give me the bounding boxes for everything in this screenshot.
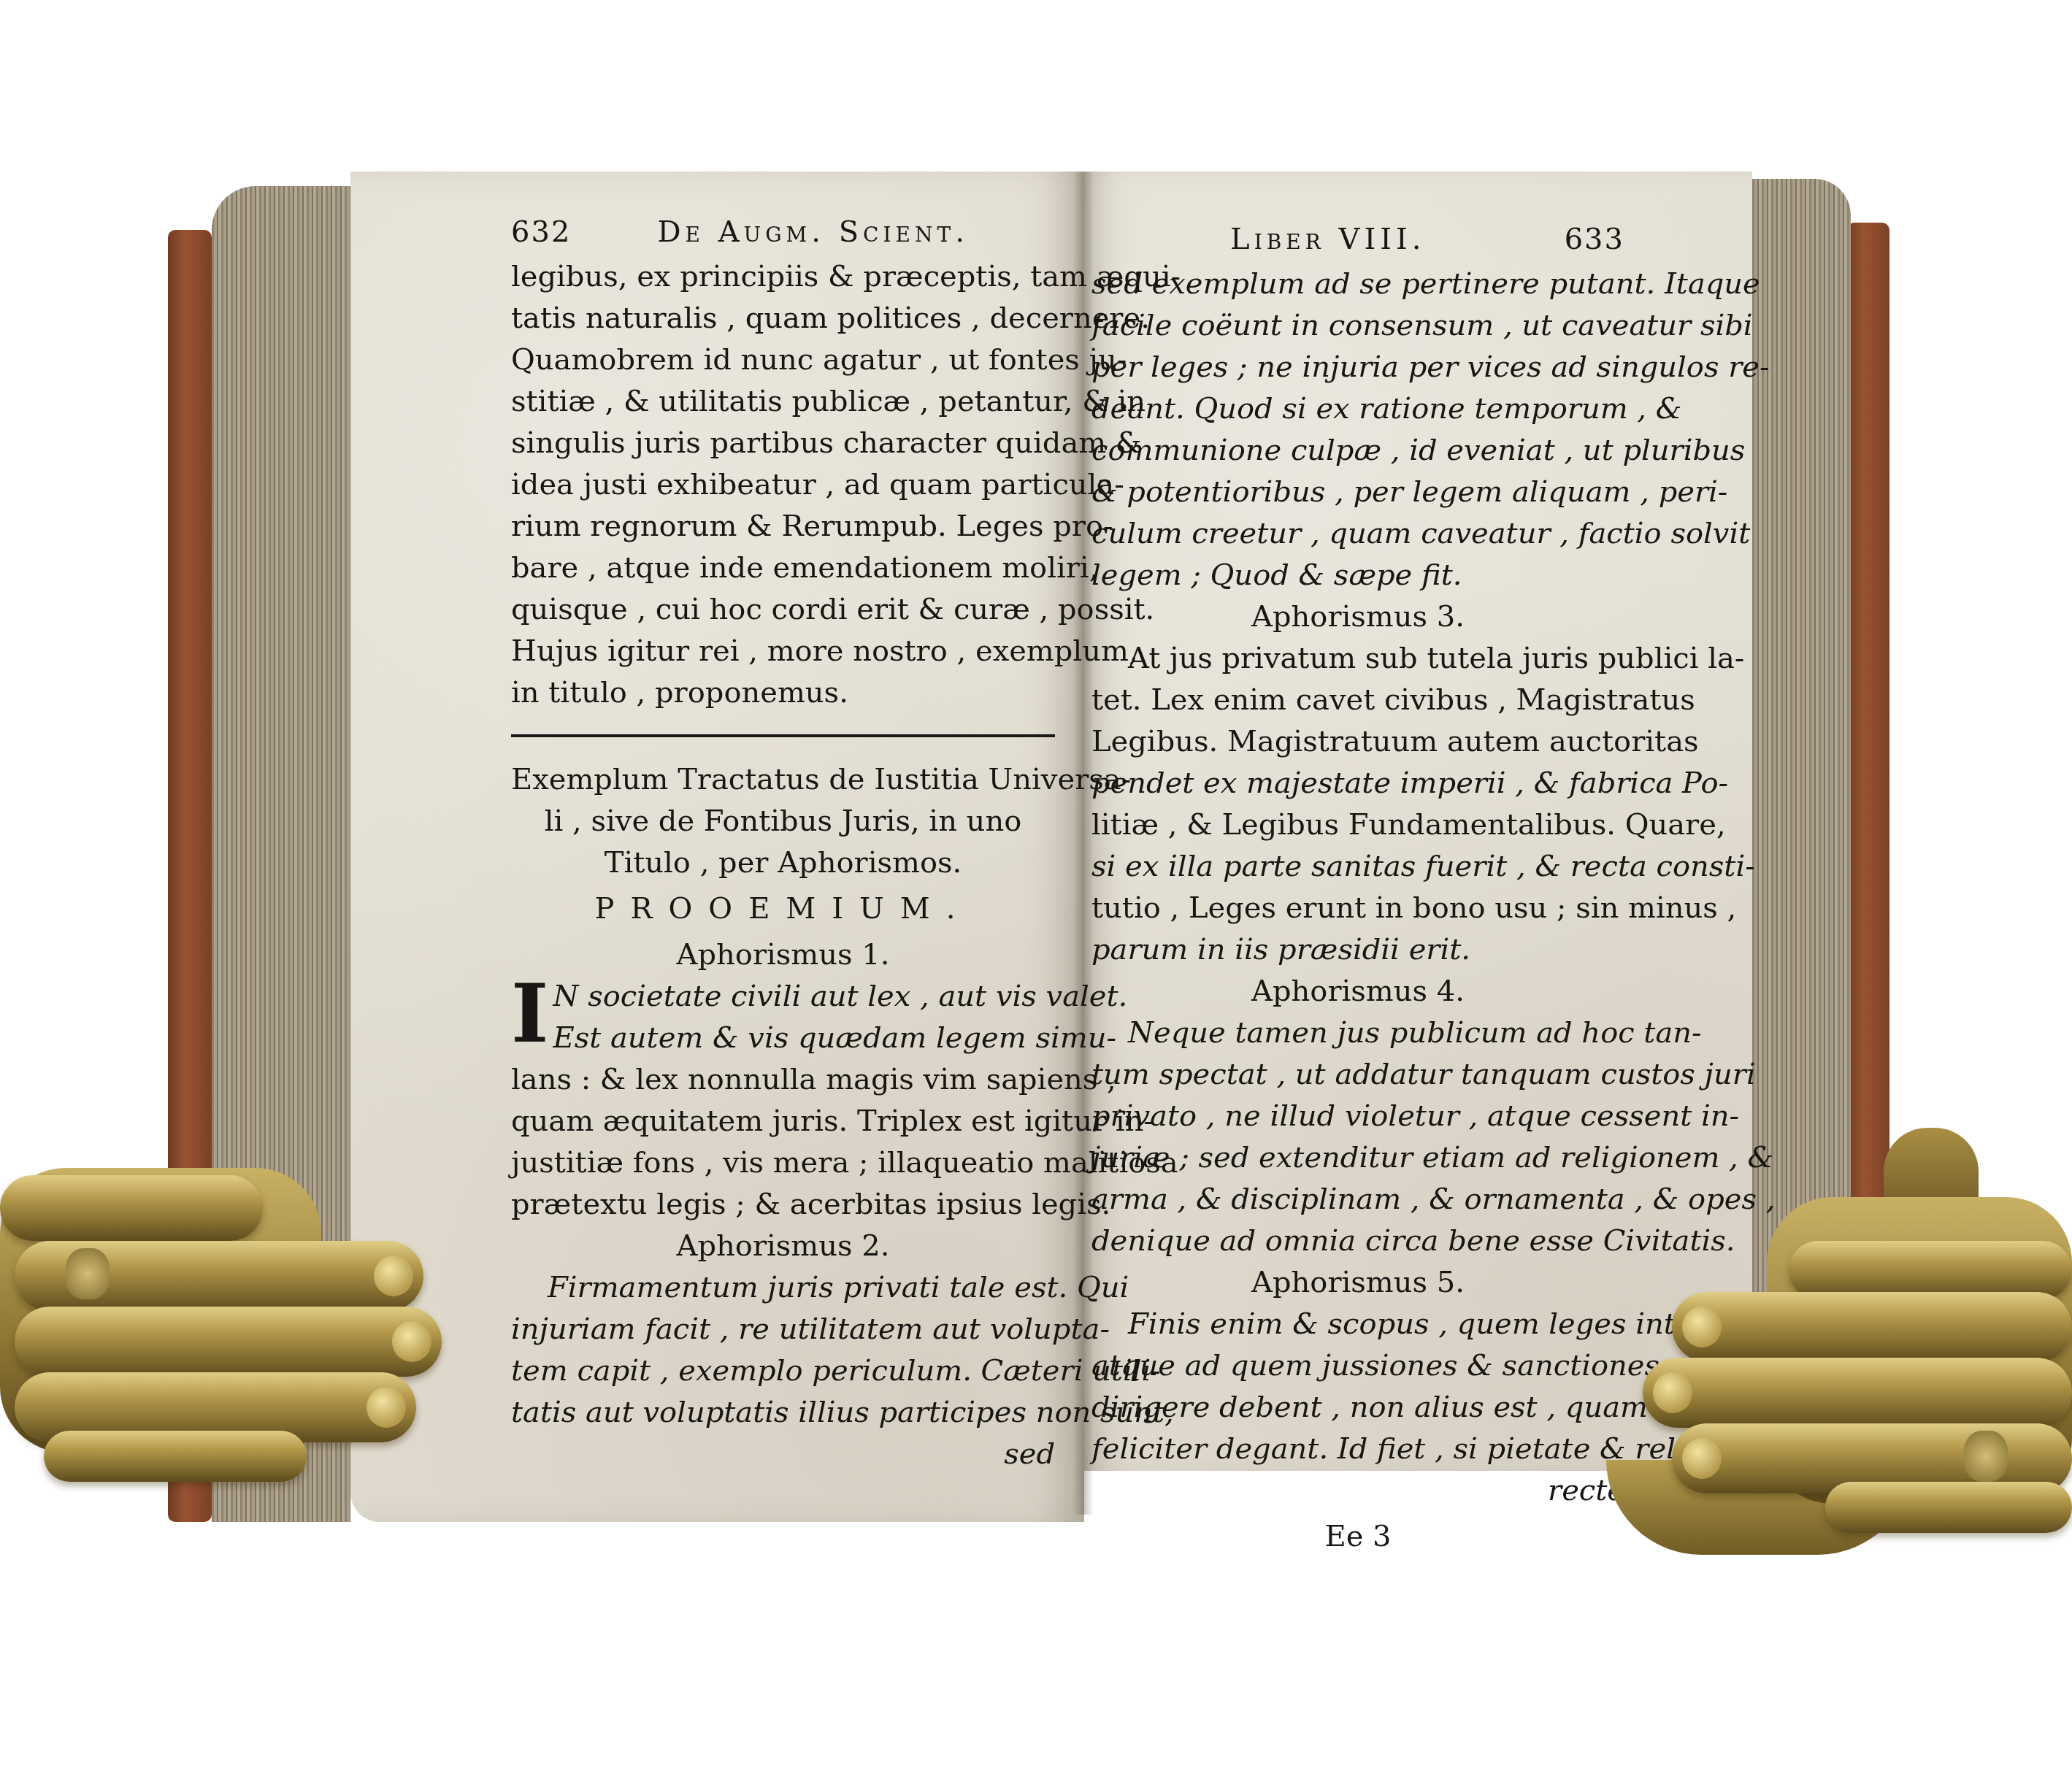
text-line: pendet ex majestate imperii , & fabrica … <box>1091 763 1624 804</box>
text-line: facile coëunt in consensum , ut caveatur… <box>1091 305 1624 347</box>
text-line: Est autem & vis quædam legem simu- <box>511 1018 1055 1059</box>
text-line: quam æquitatem juris. Triplex est igitur… <box>511 1101 1055 1142</box>
text-line: stitiæ , & utilitatis publicæ , petantur… <box>511 381 1055 423</box>
aphorism-label: Aphorismus 2. <box>511 1226 1055 1267</box>
text-line: in titulo , proponemus. <box>511 672 1055 714</box>
left-page-text: 632 De Augm. Scient. legibus, ex princip… <box>511 212 1055 1475</box>
text-line: Hujus igitur rei , more nostro , exemplu… <box>511 631 1055 672</box>
page-number: 632 <box>511 212 571 253</box>
ring-ornament <box>1964 1431 2008 1482</box>
text-line: si ex illa parte sanitas fuerit , & rect… <box>1091 846 1624 888</box>
text-line: At jus privatum sub tutela juris publici… <box>1091 638 1624 680</box>
aphorism-label: Aphorismus 3. <box>1091 596 1624 638</box>
text-line: bare , atque inde emendationem moliri, <box>511 547 1055 589</box>
photo-scene: 632 De Augm. Scient. legibus, ex princip… <box>0 0 2072 1765</box>
text-line: tatis naturalis , quam politices , decer… <box>511 298 1055 339</box>
text-line: arma , & disciplinam , & ornamenta , & o… <box>1091 1179 1624 1220</box>
aphorism-label: Aphorismus 4. <box>1091 971 1624 1012</box>
section-heading: PROOEMIUM. <box>511 888 1055 930</box>
text-line: lans : & lex nonnulla magis vim sapiens … <box>511 1059 1055 1101</box>
aphorism-4: Neque tamen jus publicum ad hoc tan- tum… <box>1091 1012 1624 1262</box>
text-line: atque ad quem jussiones & sanctiones sua… <box>1091 1345 1624 1387</box>
text-line: legibus, ex principiis & præceptis, tam … <box>511 256 1055 298</box>
aphorism-2: Firmamentum juris privati tale est. Qui … <box>511 1267 1055 1475</box>
catchword: sed <box>511 1434 1055 1475</box>
drop-cap: I <box>511 979 548 1049</box>
text-line: prætextu legis ; & acerbitas ipsius legi… <box>511 1184 1055 1226</box>
thumb <box>0 1175 263 1241</box>
text-line: denique ad omnia circa bene esse Civitat… <box>1091 1220 1624 1262</box>
text-line: dirigere debent , non alius est , quam u… <box>1091 1387 1624 1428</box>
continuation-paragraph: sed exemplum ad se pertinere putant. Ita… <box>1091 264 1624 596</box>
finger <box>1643 1358 2072 1428</box>
running-title: De Augm. Scient. <box>571 212 1055 253</box>
text-line: Quamobrem id nunc agatur , ut fontes ju- <box>511 339 1055 381</box>
text-line: sed exemplum ad se pertinere putant. Ita… <box>1091 264 1624 305</box>
text-line: justitiæ fons , vis mera ; illaqueatio m… <box>511 1142 1055 1184</box>
body-paragraph: legibus, ex principiis & præceptis, tam … <box>511 256 1055 714</box>
aphorism-5: Finis enim & scopus , quem leges intueri… <box>1091 1304 1624 1512</box>
aphorism-3: At jus privatum sub tutela juris publici… <box>1091 638 1624 971</box>
text-line: communione culpæ , id eveniat , ut pluri… <box>1091 430 1624 472</box>
text-line: injuriam facit , re utilitatem aut volup… <box>511 1309 1055 1350</box>
text-line: culum creetur , quam caveatur , factio s… <box>1091 513 1624 555</box>
text-line: legem ; Quod & sæpe fit. <box>1091 555 1624 596</box>
text-line: tet. Lex enim cavet civibus , Magistratu… <box>1091 680 1624 721</box>
page-number: 633 <box>1565 219 1624 261</box>
catchword: recte <box>1091 1470 1624 1512</box>
text-line: tum spectat , ut addatur tanquam custos … <box>1091 1054 1624 1096</box>
finger <box>44 1431 307 1482</box>
text-line: juriæ ; sed extenditur etiam ad religion… <box>1091 1137 1624 1179</box>
text-line: rium regnorum & Rerumpub. Leges pro- <box>511 506 1055 547</box>
running-title: Liber VIII. <box>1091 219 1565 261</box>
text-line: tem capit , exemplo periculum. Cæteri ut… <box>511 1350 1055 1392</box>
text-line: Finis enim & scopus , quem leges intueri… <box>1091 1304 1624 1345</box>
text-line: Firmamentum juris privati tale est. Qui <box>511 1267 1055 1309</box>
text-line: Neque tamen jus publicum ad hoc tan- <box>1091 1012 1624 1054</box>
text-line: Exemplum Tractatus de Iustitia Universa- <box>511 759 1055 801</box>
text-line: parum in iis præsidii erit. <box>1091 929 1624 971</box>
text-line: litiæ , & Legibus Fundamentalibus. Quare… <box>1091 804 1624 846</box>
text-line: N societate civili aut lex , aut vis val… <box>511 976 1055 1018</box>
text-line: singulis juris partibus character quidam… <box>511 423 1055 464</box>
left-running-head: 632 De Augm. Scient. <box>511 212 1055 253</box>
text-line: li , sive de Fontibus Juris, in uno <box>511 801 1055 842</box>
finger <box>1672 1292 2072 1362</box>
text-line: quisque , cui hoc cordi erit & curæ , po… <box>511 589 1055 631</box>
right-running-head: Liber VIII. 633 <box>1091 219 1624 261</box>
aphorism-1: I N societate civili aut lex , aut vis v… <box>511 976 1055 1226</box>
aphorism-label: Aphorismus 1. <box>511 934 1055 976</box>
text-line: tutio , Leges erunt in bono usu ; sin mi… <box>1091 888 1624 929</box>
right-page-text: Liber VIII. 633 sed exemplum ad se perti… <box>1091 219 1624 1558</box>
text-line: privato , ne illud violetur , atque cess… <box>1091 1096 1624 1137</box>
thumb <box>1789 1241 2072 1299</box>
text-line: feliciter degant. Id fiet , si pietate &… <box>1091 1428 1624 1470</box>
text-line: deant. Quod si ex ratione temporum , & <box>1091 388 1624 430</box>
aphorism-label: Aphorismus 5. <box>1091 1262 1624 1304</box>
finger <box>15 1307 442 1377</box>
signature-mark: Ee 3 <box>1091 1516 1624 1558</box>
text-line: tatis aut voluptatis illius participes n… <box>511 1392 1055 1434</box>
text-line: per leges ; ne injuria per vices ad sing… <box>1091 347 1624 388</box>
ring-ornament <box>66 1248 110 1299</box>
section-title: Exemplum Tractatus de Iustitia Universa-… <box>511 759 1055 884</box>
text-line: Legibus. Magistratuum autem auctoritas <box>1091 721 1624 763</box>
text-line: idea justi exhibeatur , ad quam particul… <box>511 464 1055 506</box>
text-line: & potentioribus , per legem aliquam , pe… <box>1091 472 1624 513</box>
horizontal-rule <box>511 734 1055 737</box>
text-line: Titulo , per Aphorismos. <box>511 842 1055 884</box>
finger <box>1825 1482 2072 1533</box>
